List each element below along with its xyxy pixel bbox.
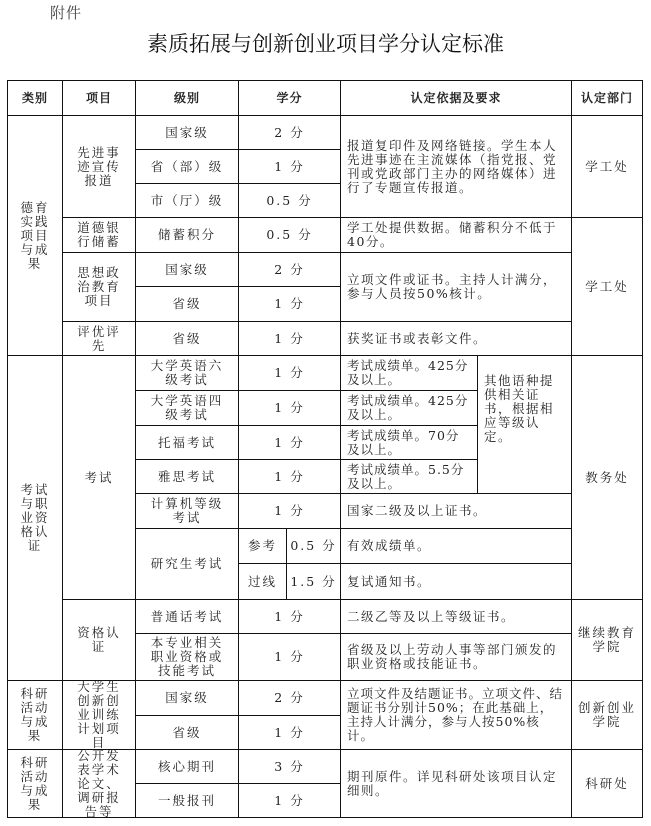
project-cell: 先进事迹宣传报道 xyxy=(62,115,136,218)
header-project: 项目 xyxy=(62,80,136,116)
requirement-cell: 获奖证书或表彰文件。 xyxy=(340,321,572,356)
header-level: 级别 xyxy=(135,80,239,116)
level-cell: 一般报刊 xyxy=(135,783,239,818)
requirement-cell: 考试成绩单。425分及以上。 xyxy=(340,390,478,426)
credit-cell: 1 分 xyxy=(238,783,341,818)
level-cell: 本专业相关职业资格或技能考试 xyxy=(135,633,239,681)
requirement-cell: 立项文件或证书。主持人计满分，参与人员按50%核计。 xyxy=(340,252,572,322)
category-cell: 科研活动与成果 xyxy=(7,680,63,750)
requirement-cell: 考试成绩单。425分及以上。 xyxy=(340,355,478,391)
attachment-label: 附件 xyxy=(50,2,82,23)
department-cell: 教务处 xyxy=(571,355,643,600)
requirement-cell: 复试通知书。 xyxy=(340,563,572,600)
credit-cell: 1 分 xyxy=(238,355,341,391)
level-cell: 省级 xyxy=(135,715,239,750)
level-cell: 国家级 xyxy=(135,680,239,716)
level-cell: 国家级 xyxy=(135,252,239,287)
department-cell: 继续教育学院 xyxy=(571,599,643,681)
level-cell: 托福考试 xyxy=(135,425,239,460)
category-cell: 科研活动与成果 xyxy=(7,749,63,818)
level-cell: 大学英语六级考试 xyxy=(135,355,239,391)
level-cell: 核心期刊 xyxy=(135,749,239,784)
project-cell: 思想政治教育项目 xyxy=(62,252,136,322)
requirement-cell: 报道复印件及网络链接。学生本人先进事迹在主流媒体（指党报、党刊或党政部门主办的网… xyxy=(340,115,572,218)
language-note-cell: 其他语种提供相关证书，根据相应等级认定。 xyxy=(477,355,572,494)
credit-cell: 1 分 xyxy=(238,459,341,494)
requirement-cell: 二级乙等及以上等级证书。 xyxy=(340,599,572,634)
credit-cell: 1 分 xyxy=(238,599,341,634)
credit-cell: 1 分 xyxy=(238,149,341,184)
page-title: 素质拓展与创新创业项目学分认定标准 xyxy=(0,28,651,58)
sublevel-cell: 参考 xyxy=(238,528,287,564)
credit-cell: 2 分 xyxy=(238,680,341,716)
credit-cell: 1 分 xyxy=(238,321,341,356)
level-cell: 市（厅）级 xyxy=(135,183,239,218)
level-cell: 国家级 xyxy=(135,115,239,150)
level-cell: 大学英语四级考试 xyxy=(135,390,239,426)
credit-cell: 2 分 xyxy=(238,252,341,287)
project-cell: 评优评先 xyxy=(62,321,136,356)
level-cell: 省（部）级 xyxy=(135,149,239,184)
requirement-cell: 学工处提供数据。储蓄积分不低于40分。 xyxy=(340,217,572,253)
project-cell: 考试 xyxy=(62,355,136,600)
requirement-cell: 立项文件及结题证书。立项文件、结题证书分别计50%；在此基础上，主持人计满分，参… xyxy=(340,680,572,750)
department-cell: 学工处 xyxy=(571,115,643,218)
project-cell: 道德银行储蓄 xyxy=(62,217,136,253)
department-cell: 科研处 xyxy=(571,749,643,818)
level-cell: 计算机等级考试 xyxy=(135,493,239,529)
header-requirements: 认定依据及要求 xyxy=(340,80,572,116)
credit-cell: 0.5 分 xyxy=(238,217,341,253)
header-department: 认定部门 xyxy=(571,80,643,116)
credit-cell: 1 分 xyxy=(238,493,341,529)
project-cell: 公开发表学术论文、调研报告等 xyxy=(62,749,136,818)
department-cell: 创新创业学院 xyxy=(571,680,643,750)
category-cell: 德育实践项目与成果 xyxy=(7,115,63,356)
credit-cell: 1 分 xyxy=(238,425,341,460)
credit-cell: 0.5 分 xyxy=(286,528,341,564)
level-cell: 储蓄积分 xyxy=(135,217,239,253)
requirement-cell: 考试成绩单。5.5分及以上。 xyxy=(340,459,478,494)
department-cell: 学工处 xyxy=(571,217,643,356)
requirement-cell: 省级及以上劳动人事等部门颁发的职业资格或技能证书。 xyxy=(340,633,572,681)
requirement-cell: 有效成绩单。 xyxy=(340,528,572,564)
credit-cell: 1 分 xyxy=(238,390,341,426)
project-cell: 大学生创新创业训练计划项目 xyxy=(62,680,136,750)
header-credit: 学分 xyxy=(238,80,341,116)
credit-cell: 1 分 xyxy=(238,633,341,681)
requirement-cell: 期刊原件。详见科研处该项目认定细则。 xyxy=(340,749,572,818)
level-cell: 普通话考试 xyxy=(135,599,239,634)
credit-cell: 0.5 分 xyxy=(238,183,341,218)
level-cell: 研究生考试 xyxy=(135,528,239,600)
credit-cell: 1 分 xyxy=(238,286,341,322)
credit-cell: 2 分 xyxy=(238,115,341,150)
requirement-cell: 考试成绩单。70分及以上。 xyxy=(340,425,478,460)
requirement-cell: 国家二级及以上证书。 xyxy=(340,493,572,529)
credit-cell: 1.5 分 xyxy=(286,563,341,600)
credit-cell: 3 分 xyxy=(238,749,341,784)
project-cell: 资格认证 xyxy=(62,599,136,681)
level-cell: 雅思考试 xyxy=(135,459,239,494)
header-category: 类别 xyxy=(7,80,63,116)
credit-cell: 1 分 xyxy=(238,715,341,750)
level-cell: 省级 xyxy=(135,286,239,322)
level-cell: 省级 xyxy=(135,321,239,356)
sublevel-cell: 过线 xyxy=(238,563,287,600)
category-cell: 考试与职业资格认证 xyxy=(7,355,63,681)
